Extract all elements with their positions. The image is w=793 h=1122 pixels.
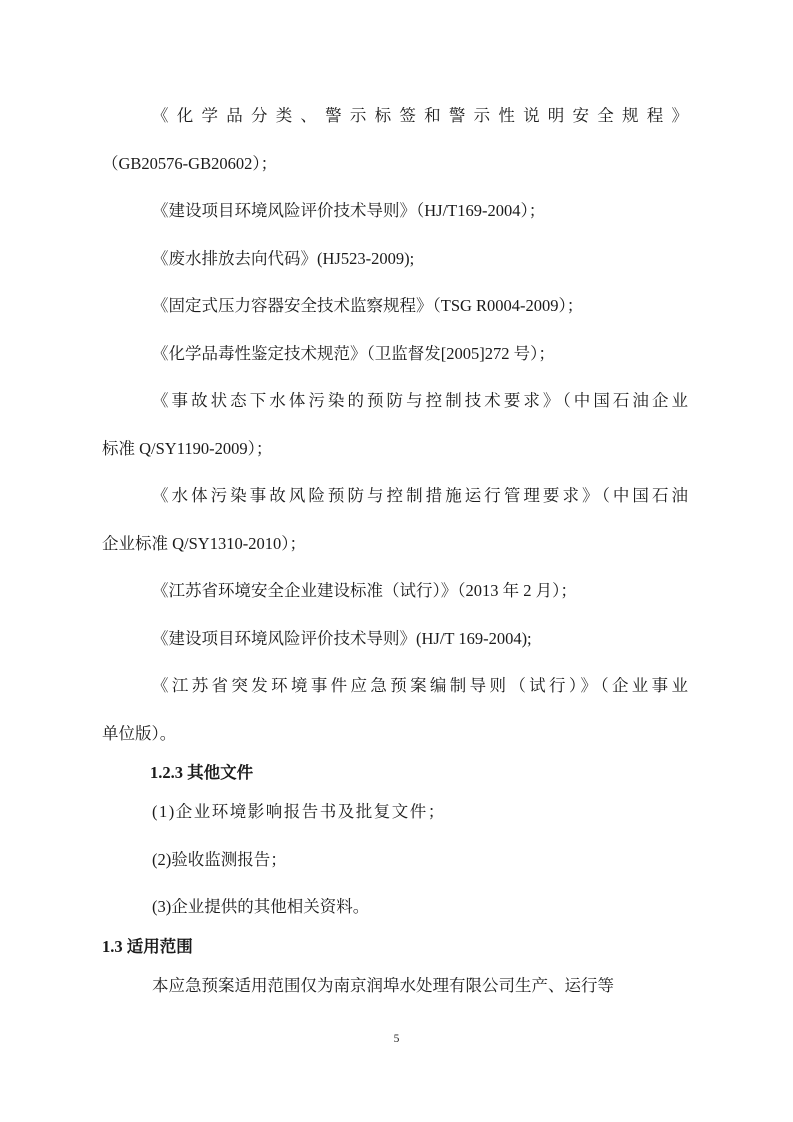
reference-line: 《江苏省环境安全企业建设标准（试行）》（2013 年 2 月）； bbox=[102, 567, 688, 615]
reference-line-continuation: 单位版）。 bbox=[102, 710, 688, 758]
reference-line: 《事故状态下水体污染的预防与控制技术要求》（中国石油企业 bbox=[102, 377, 688, 425]
reference-line: 《建设项目环境风险评价技术导则》(HJ/T 169-2004); bbox=[102, 615, 688, 663]
reference-line: 《江苏省突发环境事件应急预案编制导则（试行）》（企业事业 bbox=[102, 662, 688, 710]
reference-line: 《固定式压力容器安全技术监察规程》（TSG R0004-2009）； bbox=[102, 282, 688, 330]
reference-line: 《废水排放去向代码》(HJ523-2009); bbox=[102, 235, 688, 283]
list-item-other-materials: (3)企业提供的其他相关资料。 bbox=[102, 883, 688, 931]
reference-line: 《建设项目环境风险评价技术导则》（HJ/T169-2004）； bbox=[102, 187, 688, 235]
list-item-environmental-impact-report: (1)企业环境影响报告书及批复文件； bbox=[102, 788, 688, 836]
reference-line: 《水体污染事故风险预防与控制措施运行管理要求》（中国石油 bbox=[102, 472, 688, 520]
section-heading-other-documents: 1.2.3 其他文件 bbox=[102, 757, 688, 788]
reference-line-continuation: （GB20576-GB20602）； bbox=[102, 140, 688, 188]
section-heading-scope: 1.3 适用范围 bbox=[102, 931, 688, 962]
content-area: 《化学品分类、警示标签和警示性说明安全规程》 （GB20576-GB20602）… bbox=[102, 92, 688, 1009]
page-number: 5 bbox=[0, 1028, 793, 1050]
list-item-acceptance-monitoring-report: (2)验收监测报告； bbox=[102, 836, 688, 884]
reference-line: 《化学品毒性鉴定技术规范》（卫监督发[2005]272 号）； bbox=[102, 330, 688, 378]
reference-line-continuation: 企业标准 Q/SY1310-2010）； bbox=[102, 520, 688, 568]
reference-line-continuation: 标准 Q/SY1190-2009）； bbox=[102, 425, 688, 473]
reference-line: 《化学品分类、警示标签和警示性说明安全规程》 bbox=[102, 92, 688, 140]
document-page: 《化学品分类、警示标签和警示性说明安全规程》 （GB20576-GB20602）… bbox=[0, 0, 793, 1122]
body-paragraph-line: 本应急预案适用范围仅为南京润埠水处理有限公司生产、运行等 bbox=[102, 962, 688, 1010]
